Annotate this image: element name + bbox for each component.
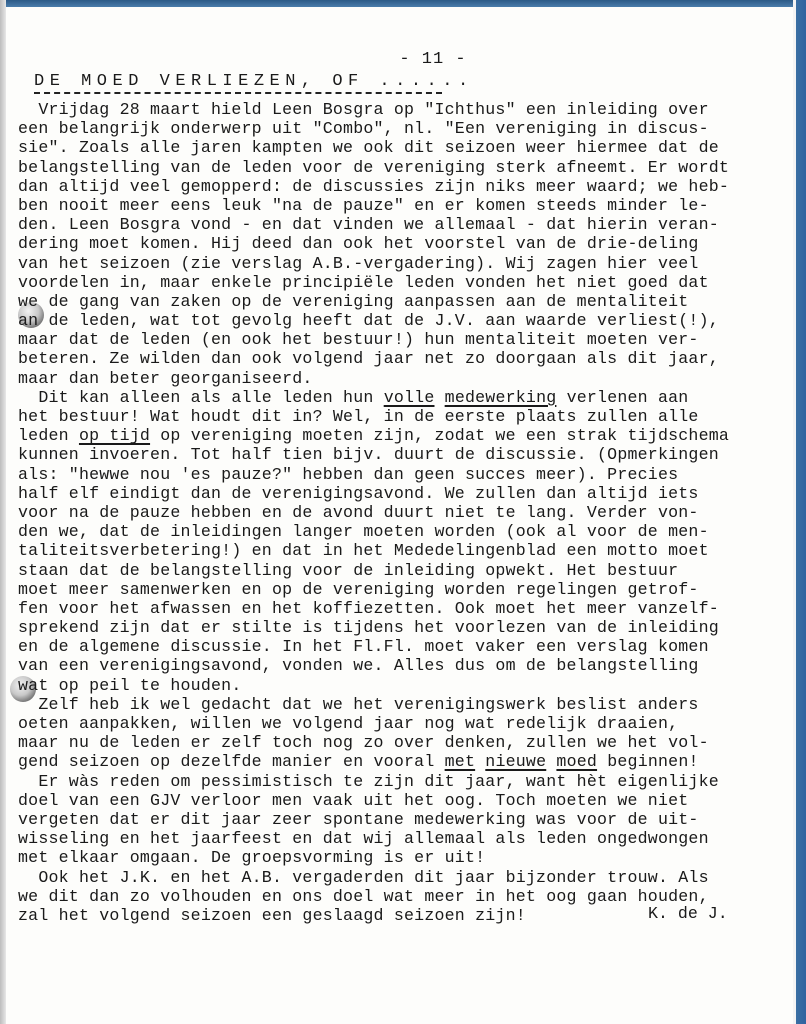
text-segment: als: "hewwe nou 'es pauze?" hebben dan g…	[18, 465, 678, 484]
text-line: half elf eindigt dan de verenigingsavond…	[18, 484, 788, 503]
text-segment: dan altijd veel gemopperd: de discussies…	[18, 177, 729, 196]
text-line: gend seizoen op dezelfde manier en voora…	[18, 752, 788, 771]
text-line: oeten aanpakken, willen we volgend jaar …	[18, 714, 788, 733]
text-line: maar nu de leden er zelf toch nog zo ove…	[18, 733, 788, 752]
underlined-emphasis: nieuwe	[485, 752, 546, 771]
text-segment: beteren. Ze wilden dan ook volgend jaar …	[18, 349, 719, 368]
underlined-emphasis: op tijd	[79, 426, 150, 445]
text-segment: maar dat de leden (en ook het bestuur!) …	[18, 330, 699, 349]
page-number: - 11 -	[0, 50, 806, 69]
text-line: vergeten dat er dit jaar zeer spontane m…	[18, 810, 788, 829]
text-segment: leden	[18, 426, 79, 445]
text-line: van een verenigingsavond, vonden we. All…	[18, 656, 788, 675]
text-line: sie". Zoals alle jaren kampten we ook di…	[18, 138, 788, 157]
text-segment: van een verenigingsavond, vonden we. All…	[18, 656, 699, 675]
text-line: als: "hewwe nou 'es pauze?" hebben dan g…	[18, 465, 788, 484]
text-line: beteren. Ze wilden dan ook volgend jaar …	[18, 349, 788, 368]
text-segment: doel van een GJV verloor men vaak uit he…	[18, 791, 688, 810]
text-segment: an de leden, wat tot gevolg heeft dat de…	[18, 311, 719, 330]
text-line: met elkaar omgaan. De groepsvorming is e…	[18, 848, 788, 867]
text-line: ben nooit meer eens leuk "na de pauze" e…	[18, 196, 788, 215]
text-segment: Dit kan alleen als alle leden hun	[18, 388, 384, 407]
underlined-emphasis: volle	[384, 388, 435, 407]
text-segment	[546, 752, 556, 771]
text-segment: van het seizoen (zie verslag A.B.-vergad…	[18, 254, 699, 273]
text-segment: wat op peil te houden.	[18, 676, 241, 695]
text-segment: half elf eindigt dan de verenigingsavond…	[18, 484, 699, 503]
text-segment: taliteitsverbetering!) en dat in het Med…	[18, 541, 709, 560]
article-title: DE MOED VERLIEZEN, OF ......	[34, 72, 474, 91]
top-binding-border	[0, 0, 806, 7]
text-segment	[475, 752, 485, 771]
text-line: taliteitsverbetering!) en dat in het Med…	[18, 541, 788, 560]
text-line: het bestuur! Wat houdt dit in? Wel, in d…	[18, 407, 788, 426]
text-line: dan altijd veel gemopperd: de discussies…	[18, 177, 788, 196]
text-line: doel van een GJV verloor men vaak uit he…	[18, 791, 788, 810]
text-line: een belangrijk onderwerp uit "Combo", nl…	[18, 119, 788, 138]
text-segment: dering moet komen. Hij deed dan ook het …	[18, 234, 699, 253]
text-segment: fen voor het afwassen en het koffiezette…	[18, 599, 719, 618]
text-segment: met elkaar omgaan. De groepsvorming is e…	[18, 848, 485, 867]
text-segment: oeten aanpakken, willen we volgend jaar …	[18, 714, 678, 733]
text-segment: zal het volgend seizoen een geslaagd sei…	[18, 906, 526, 925]
text-segment: we dit dan zo volhouden en ons doel wat …	[18, 887, 709, 906]
title-dashed-underline	[34, 92, 442, 94]
text-line: maar dan beter georganiseerd.	[18, 369, 788, 388]
text-segment: wisseling en het jaarfeest en dat wij al…	[18, 829, 709, 848]
text-line: den we, dat de inleidingen langer moeten…	[18, 522, 788, 541]
text-segment: kunnen invoeren. Tot half tien bijv. duu…	[18, 445, 719, 464]
text-line: wisseling en het jaarfeest en dat wij al…	[18, 829, 788, 848]
text-segment: we de gang van zaken op de vereniging aa…	[18, 292, 688, 311]
text-segment	[434, 388, 444, 407]
text-line: leden op tijd op vereniging moeten zijn,…	[18, 426, 788, 445]
text-line: kunnen invoeren. Tot half tien bijv. duu…	[18, 445, 788, 464]
text-segment: en de algemene discussie. In het Fl.Fl. …	[18, 637, 709, 656]
text-segment: voor na de pauze hebben en de avond duur…	[18, 503, 699, 522]
text-segment: beginnen!	[597, 752, 699, 771]
text-line: belangstelling van de leden voor de vere…	[18, 158, 788, 177]
text-segment: den we, dat de inleidingen langer moeten…	[18, 522, 709, 541]
text-line: Ook het J.K. en het A.B. vergaderden dit…	[18, 868, 788, 887]
underlined-emphasis: moed	[556, 752, 597, 771]
text-line: wat op peil te houden.	[18, 676, 788, 695]
text-segment: sie". Zoals alle jaren kampten we ook di…	[18, 138, 719, 157]
text-segment: Er wàs reden om pessimistisch te zijn di…	[18, 772, 719, 791]
text-line: we dit dan zo volhouden en ons doel wat …	[18, 887, 788, 906]
text-line: Dit kan alleen als alle leden hun volle …	[18, 388, 788, 407]
text-line: en de algemene discussie. In het Fl.Fl. …	[18, 637, 788, 656]
text-line: sprekend zijn dat er stilte is tijdens h…	[18, 618, 788, 637]
author-signature: K. de J.	[648, 904, 728, 923]
left-page-edge	[0, 0, 6, 1024]
text-segment: het bestuur! Wat houdt dit in? Wel, in d…	[18, 407, 699, 426]
text-line: voordelen in, maar enkele principiële le…	[18, 273, 788, 292]
text-line: staan dat de belangstelling voor de inle…	[18, 561, 788, 580]
text-segment: maar nu de leden er zelf toch nog zo ove…	[18, 733, 709, 752]
text-segment: Zelf heb ik wel gedacht dat we het veren…	[18, 695, 699, 714]
text-segment: op vereniging moeten zijn, zodat we een …	[150, 426, 729, 445]
underlined-emphasis: medewerking	[445, 388, 557, 407]
underlined-emphasis: met	[445, 752, 475, 771]
right-binding-border	[793, 0, 806, 1024]
text-line: voor na de pauze hebben en de avond duur…	[18, 503, 788, 522]
text-line: Zelf heb ik wel gedacht dat we het veren…	[18, 695, 788, 714]
text-segment: een belangrijk onderwerp uit "Combo", nl…	[18, 119, 709, 138]
text-segment: verlenen aan	[556, 388, 688, 407]
text-line: van het seizoen (zie verslag A.B.-vergad…	[18, 254, 788, 273]
text-segment: sprekend zijn dat er stilte is tijdens h…	[18, 618, 719, 637]
text-segment: Vrijdag 28 maart hield Leen Bosgra op "I…	[18, 100, 709, 119]
text-line: den. Leen Bosgra vond - en dat vinden we…	[18, 215, 788, 234]
text-line: Er wàs reden om pessimistisch te zijn di…	[18, 772, 788, 791]
text-line: moet meer samenwerken en op de verenigin…	[18, 580, 788, 599]
text-segment: gend seizoen op dezelfde manier en voora…	[18, 752, 445, 771]
text-segment: belangstelling van de leden voor de vere…	[18, 158, 729, 177]
text-line: dering moet komen. Hij deed dan ook het …	[18, 234, 788, 253]
text-line: we de gang van zaken op de vereniging aa…	[18, 292, 788, 311]
text-segment: moet meer samenwerken en op de verenigin…	[18, 580, 699, 599]
text-line: fen voor het afwassen en het koffiezette…	[18, 599, 788, 618]
text-segment: staan dat de belangstelling voor de inle…	[18, 561, 678, 580]
text-segment: ben nooit meer eens leuk "na de pauze" e…	[18, 196, 709, 215]
text-segment: vergeten dat er dit jaar zeer spontane m…	[18, 810, 699, 829]
article-body: Vrijdag 28 maart hield Leen Bosgra op "I…	[18, 100, 788, 925]
text-segment: voordelen in, maar enkele principiële le…	[18, 273, 709, 292]
text-line: maar dat de leden (en ook het bestuur!) …	[18, 330, 788, 349]
text-segment: Ook het J.K. en het A.B. vergaderden dit…	[18, 868, 709, 887]
text-line: an de leden, wat tot gevolg heeft dat de…	[18, 311, 788, 330]
text-segment: den. Leen Bosgra vond - en dat vinden we…	[18, 215, 719, 234]
text-line: Vrijdag 28 maart hield Leen Bosgra op "I…	[18, 100, 788, 119]
text-segment: maar dan beter georganiseerd.	[18, 369, 313, 388]
